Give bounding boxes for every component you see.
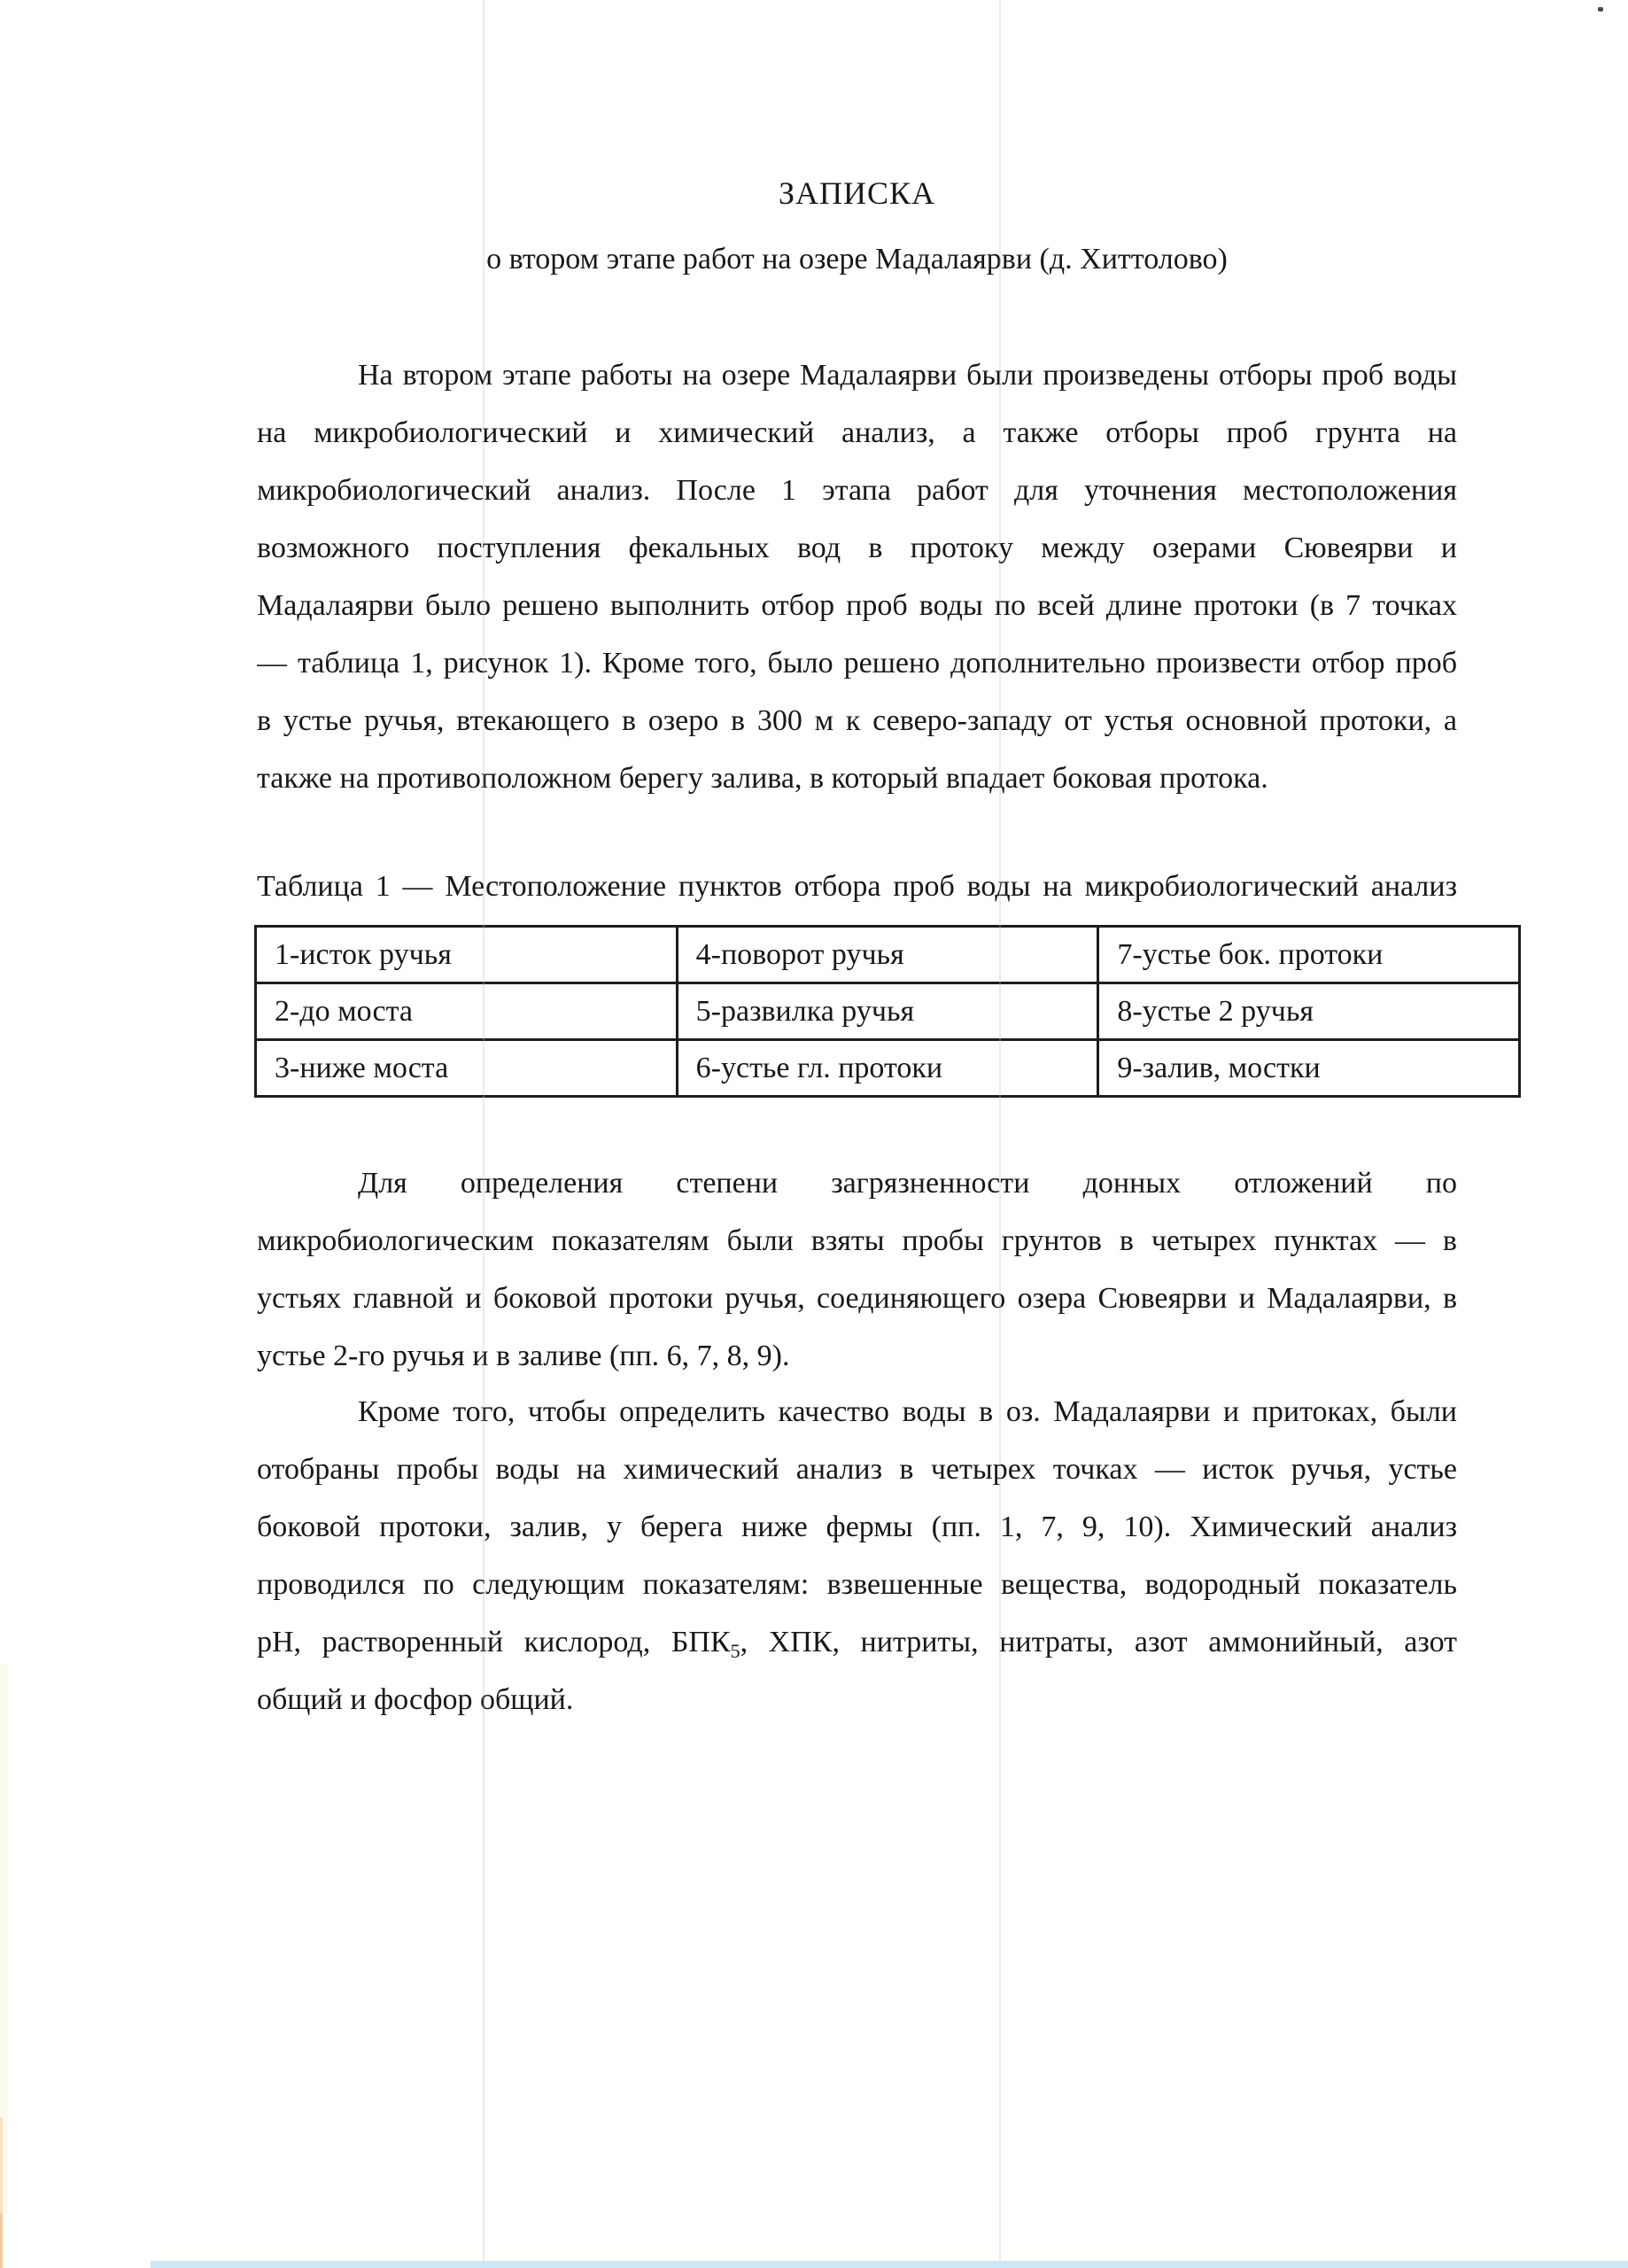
scan-dot-artifact: [1598, 7, 1603, 12]
text-line: Кроме того, чтобы определить качество во…: [257, 1383, 1457, 1441]
text-line: микробиологический анализ. После 1 этапа…: [257, 462, 1457, 519]
table-cell: 1-исток ручья: [256, 927, 678, 983]
text-line: также на противоположном берегу залива, …: [257, 750, 1457, 807]
text-line: отобраны пробы воды на химический анализ…: [257, 1441, 1457, 1498]
table-row: 2-до моста5-развилка ручья8-устье 2 ручь…: [256, 983, 1520, 1040]
paragraph-sediment-sampling: Для определения степени загрязненности д…: [257, 1154, 1457, 1385]
paragraph-chemical-analysis: Кроме того, чтобы определить качество во…: [257, 1383, 1457, 1728]
text-line: возможного поступления фекальных вод в п…: [257, 519, 1457, 577]
scan-streak-artifact: [999, 0, 1001, 2268]
text-line: устье 2-го ручья и в заливе (пп. 6, 7, 8…: [257, 1327, 1457, 1385]
text-line: микробиологическим показателям были взят…: [257, 1212, 1457, 1270]
text-line: — таблица 1, рисунок 1). Кроме того, был…: [257, 634, 1457, 692]
document-subtitle: о втором этапе работ на озере Мадалаярви…: [257, 239, 1457, 280]
text-line: боковой протоки, залив, у берега ниже фе…: [257, 1498, 1457, 1556]
scan-edge-artifact: [0, 1664, 8, 2213]
table-cell: 2-до моста: [256, 983, 678, 1040]
table-cell: 9-залив, мостки: [1098, 1040, 1520, 1097]
scan-streak-artifact: [483, 0, 485, 2268]
paragraph-intro: На втором этапе работы на озере Мадалаяр…: [257, 346, 1457, 807]
table-cell: 7-устье бок. протоки: [1098, 927, 1520, 983]
scanned-document-page: ЗАПИСКА о втором этапе работ на озере Ма…: [0, 0, 1628, 2268]
subscript: 5: [731, 1640, 740, 1662]
table-row: 3-ниже моста6-устье гл. протоки9-залив, …: [256, 1040, 1520, 1097]
table-cell: 3-ниже моста: [256, 1040, 678, 1097]
table-cell: 6-устье гл. протоки: [677, 1040, 1098, 1097]
text-line: в устье ручья, втекающего в озеро в 300 …: [257, 692, 1457, 750]
text-line: pH, растворенный кислород, БПК5, ХПК, ни…: [257, 1613, 1457, 1671]
text-line: устьях главной и боковой протоки ручья, …: [257, 1270, 1457, 1327]
table-row: 1-исток ручья4-поворот ручья7-устье бок.…: [256, 927, 1520, 983]
text-line: На втором этапе работы на озере Мадалаяр…: [257, 346, 1457, 404]
text-line: Для определения степени загрязненности д…: [257, 1154, 1457, 1212]
text-line: общий и фосфор общий.: [257, 1671, 1457, 1728]
text-line: на микробиологический и химический анали…: [257, 404, 1457, 462]
table-cell: 8-устье 2 ручья: [1098, 983, 1520, 1040]
text-line: проводился по следующим показателям: взв…: [257, 1556, 1457, 1613]
text-line: Мадалаярви было решено выполнить отбор п…: [257, 577, 1457, 634]
scan-edge-artifact: [151, 2261, 1628, 2268]
table-caption: Таблица 1 — Местоположение пунктов отбор…: [257, 866, 1457, 907]
document-title: ЗАПИСКА: [257, 174, 1457, 213]
table-cell: 5-развилка ручья: [677, 983, 1098, 1040]
table-cell: 4-поворот ручья: [677, 927, 1098, 983]
sampling-points-table: 1-исток ручья4-поворот ручья7-устье бок.…: [254, 925, 1521, 1098]
